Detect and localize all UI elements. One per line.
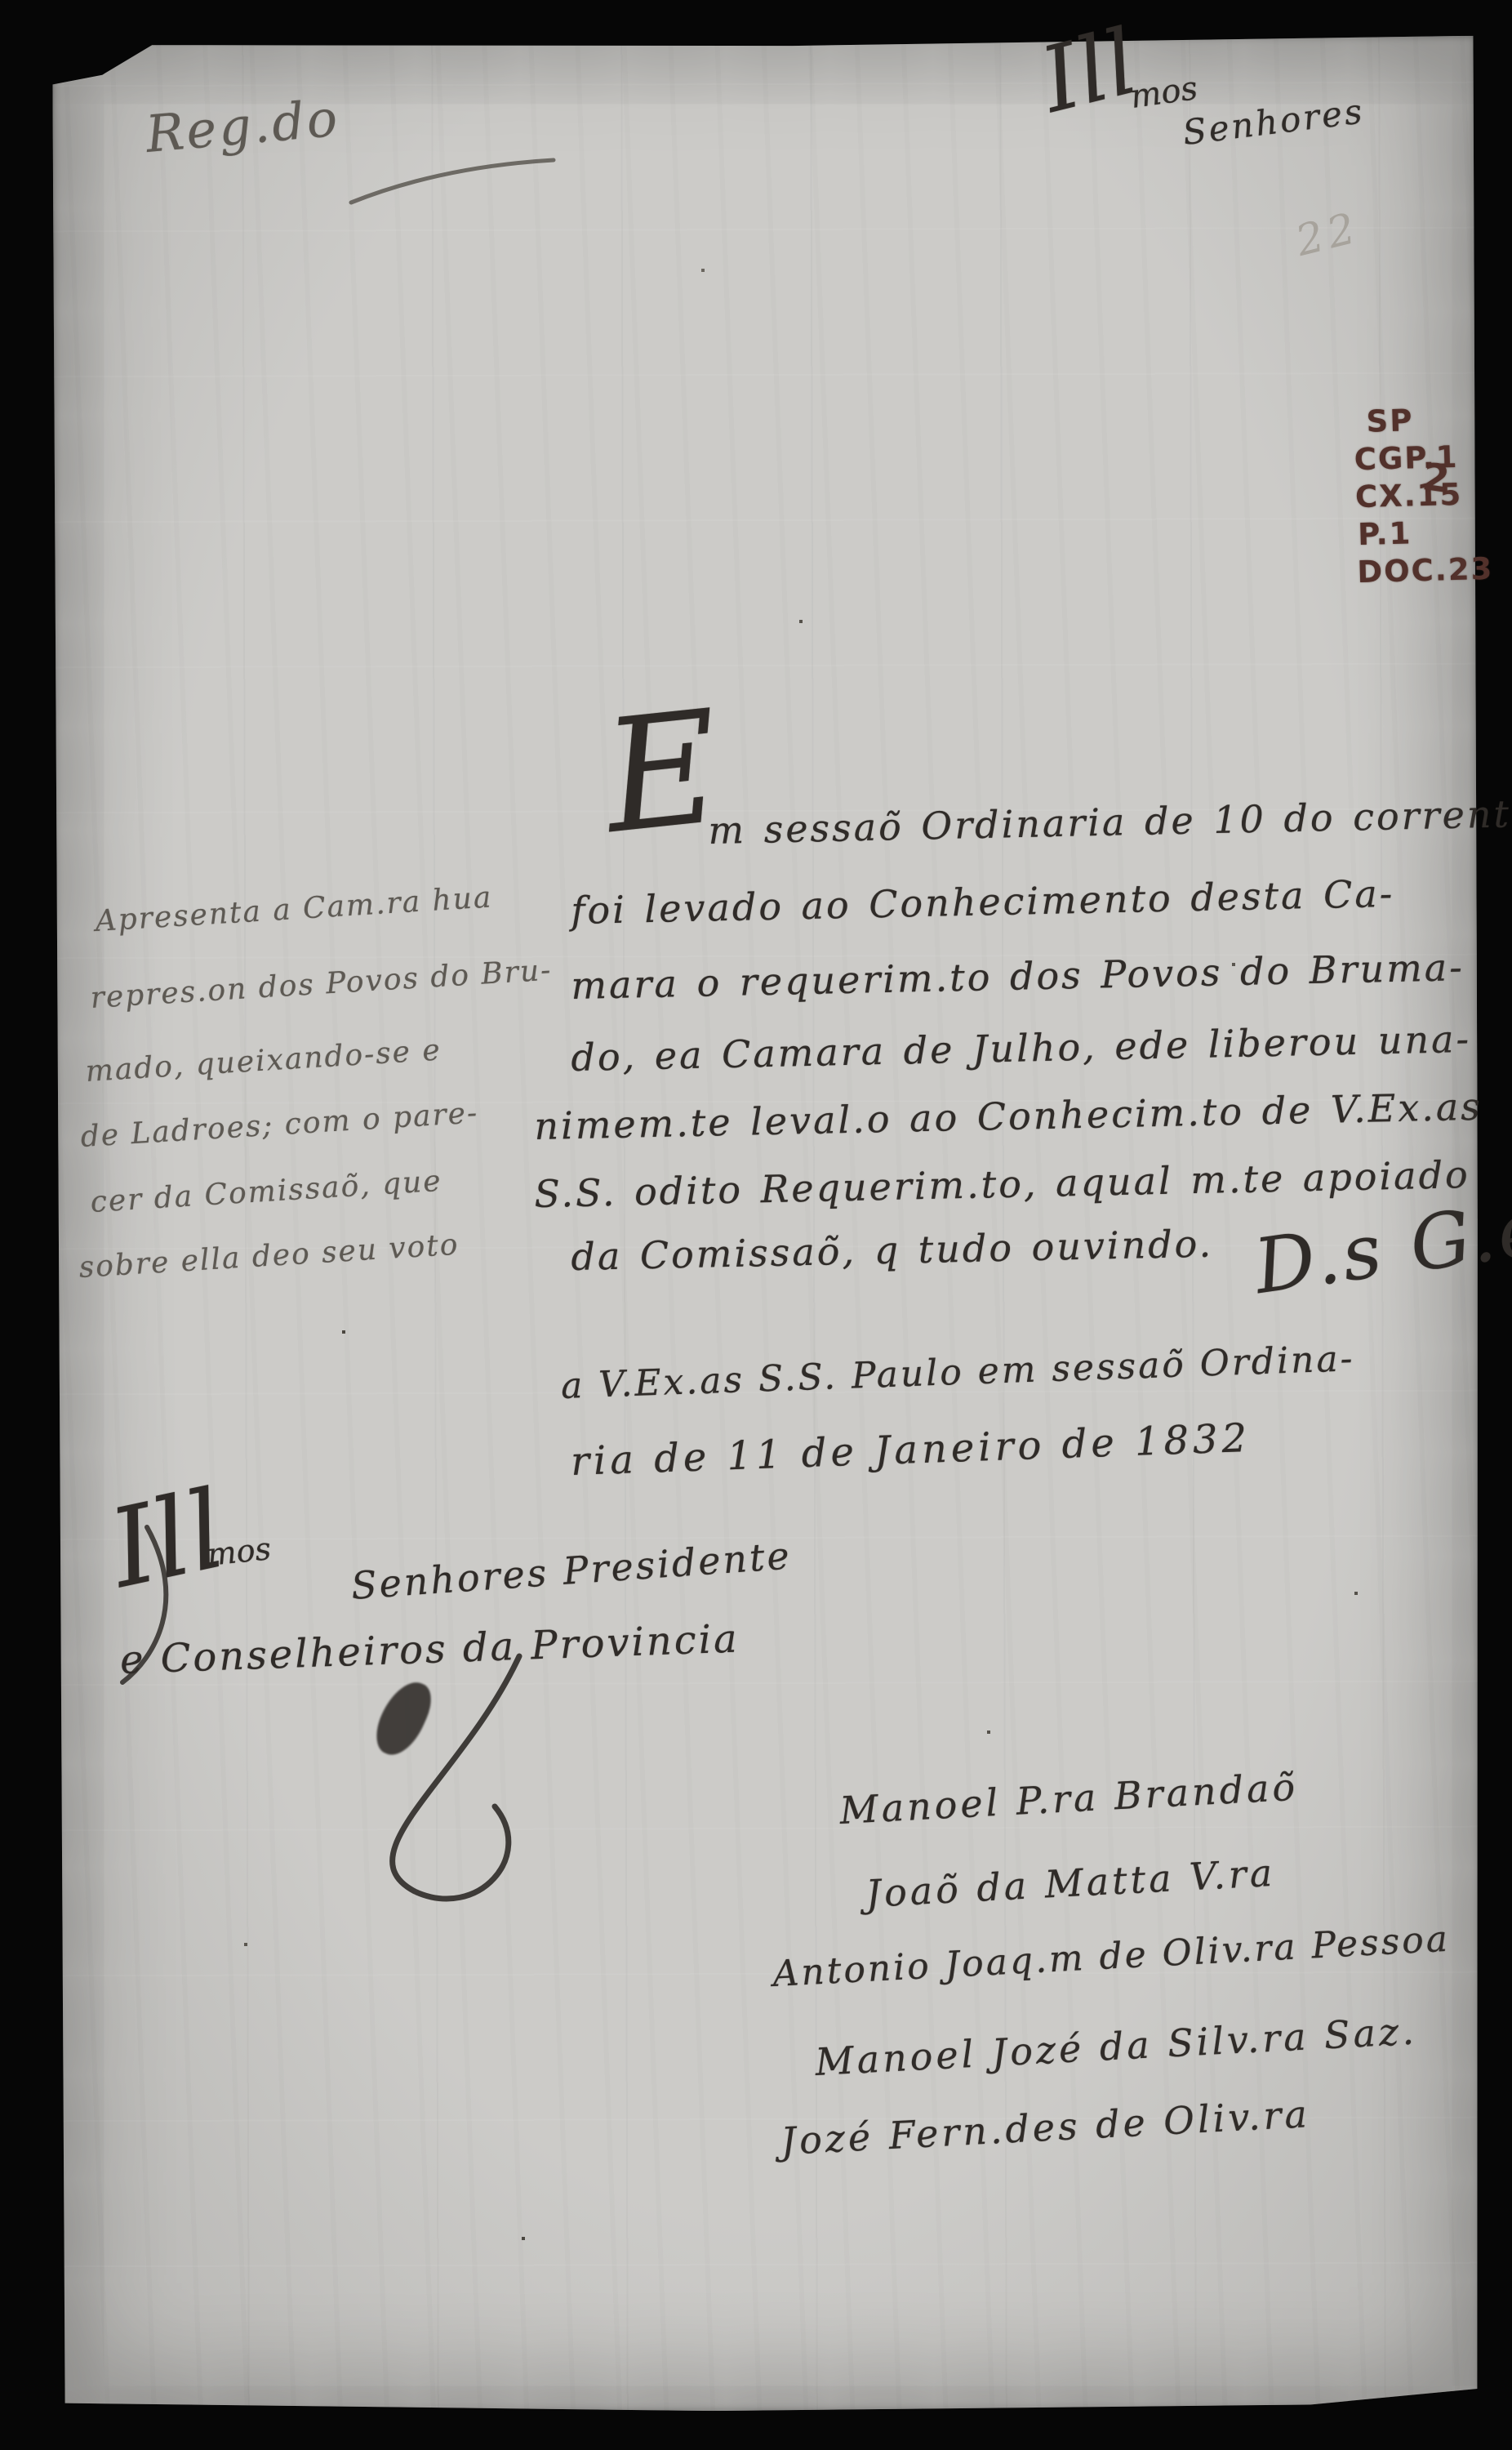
paper-specks xyxy=(0,0,2,2)
stamp-line-doc: DOC.23 xyxy=(1357,550,1494,591)
stamp-line-cgp: CGP.1 xyxy=(1354,438,1491,479)
stamp-line-p: P.1 xyxy=(1356,513,1493,554)
address-superscript: mos xyxy=(205,1530,273,1573)
stamp-line-sp: SP xyxy=(1353,400,1490,441)
body-dropcap: E xyxy=(598,690,727,856)
